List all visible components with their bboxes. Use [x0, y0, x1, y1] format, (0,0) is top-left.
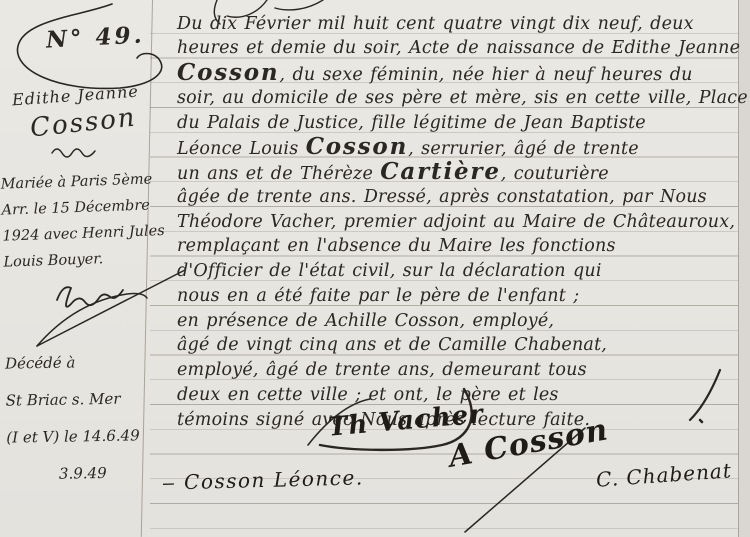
text-segment: employé, âgé de trente ans, demeurant to… — [177, 360, 587, 380]
body-line: Léonce Louis Cosson, serrurier, âgé de t… — [177, 135, 737, 160]
page-right-edge — [739, 0, 750, 537]
body-line: du Palais de Justice, fille légitime de … — [177, 111, 737, 136]
death-note-line: (I et V) le 14.6.49 — [6, 416, 197, 456]
act-body-text: Du dix Février mil huit cent quatre ving… — [177, 12, 737, 433]
body-line: soir, au domicile de ses père et mère, s… — [177, 86, 737, 111]
text-segment: , du sexe féminin, née hier à neuf heure… — [279, 65, 692, 85]
text-segment: âgé de vingt cinq ans et de Camille Chab… — [177, 335, 607, 355]
text-segment: en présence de Achille Cosson, employé, — [177, 311, 554, 331]
body-line: remplaçant en l'absence du Maire les fon… — [177, 234, 737, 259]
body-line: Cosson, du sexe féminin, née hier à neuf… — [177, 61, 737, 86]
text-segment: , couturière — [501, 164, 609, 184]
body-line: d'Officier de l'état civil, sur la décla… — [177, 259, 737, 284]
act-number: N° 49. — [45, 21, 145, 53]
text-segment: Léonce Louis — [177, 139, 306, 159]
text-segment: heures et demie du soir, Acte de naissan… — [177, 38, 740, 58]
text-segment: Du dix Février mil huit cent quatre ving… — [177, 14, 694, 34]
text-segment: âgée de trente ans. Dressé, après consta… — [177, 187, 707, 207]
text-segment: Cosson — [306, 133, 408, 160]
body-line: âgé de vingt cinq ans et de Camille Chab… — [177, 333, 737, 358]
text-segment: deux en cette ville ; et ont, le père et… — [177, 385, 559, 405]
body-line: Théodore Vacher, premier adjoint au Mair… — [177, 210, 737, 235]
body-line: Du dix Février mil huit cent quatre ving… — [177, 12, 737, 37]
name-underline-squiggle — [50, 143, 98, 159]
body-line: âgée de trente ans. Dressé, après consta… — [177, 185, 737, 210]
body-line: nous en a été faite par le père de l'enf… — [177, 284, 737, 309]
text-segment: nous en a été faite par le père de l'enf… — [177, 286, 579, 306]
text-segment: remplaçant en l'absence du Maire les fon… — [177, 236, 616, 256]
text-segment: Cosson — [177, 59, 279, 86]
body-line: employé, âgé de trente ans, demeurant to… — [177, 358, 737, 383]
text-segment: soir, au domicile de ses père et mère, s… — [177, 88, 748, 108]
death-note-line: St Briac s. Mer — [5, 379, 196, 419]
text-segment: du Palais de Justice, fille légitime de … — [177, 113, 646, 133]
signature-witness-2: C. Chabenat — [595, 458, 732, 491]
text-segment: Cartière — [380, 158, 500, 185]
body-line: un ans et de Thérèze Cartière, couturièr… — [177, 160, 737, 185]
text-segment: un ans et de Thérèze — [177, 164, 380, 184]
body-line: heures et demie du soir, Acte de naissan… — [177, 36, 737, 61]
death-note-line: Décédé à — [5, 342, 196, 382]
text-segment: Théodore Vacher, premier adjoint au Mair… — [177, 212, 735, 232]
body-line: en présence de Achille Cosson, employé, — [177, 309, 737, 334]
text-segment: , serrurier, âgé de trente — [408, 139, 639, 159]
register-page: N° 49. Edithe Jeanne Cosson Mariée à Par… — [0, 0, 750, 537]
signature-father: ‒ Cosson Léonce. — [162, 465, 364, 494]
right-edge-rule — [738, 0, 739, 537]
text-segment: d'Officier de l'état civil, sur la décla… — [177, 261, 602, 281]
